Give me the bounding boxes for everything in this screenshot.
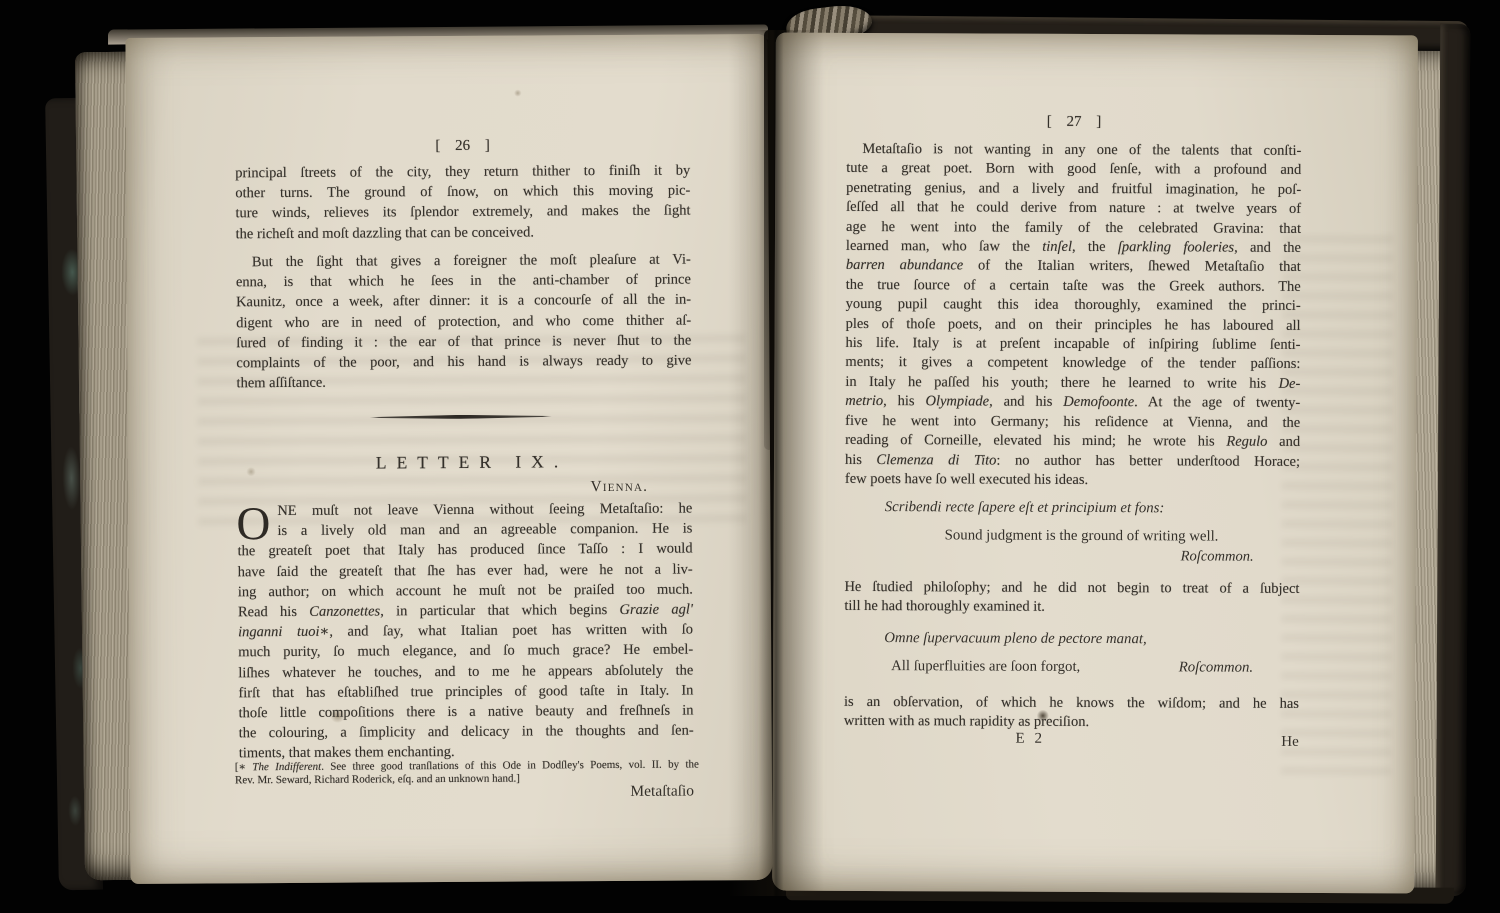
- text-line: He ſtudied philoſophy; and he did not be…: [844, 578, 1299, 599]
- text-line: ſured of finding it : the ear of that pr…: [236, 330, 691, 353]
- text-line: learned man, who ſaw the tinſel, the ſpa…: [846, 237, 1301, 258]
- text-line: his Clemenza di Tito: no author has bett…: [845, 450, 1300, 471]
- right-page: [ 27 ] Metaſtaſio is not wanting in any …: [772, 33, 1418, 894]
- catchword-right: He: [1281, 734, 1299, 751]
- quote-attribution: Roſcommon.: [1179, 659, 1253, 676]
- place-heading: Vienna.: [237, 478, 692, 499]
- quote-translation: All ſuperfluities are ſoon forgot,: [891, 658, 1080, 676]
- text-line: Metaſtaſio is not wanting in any one of …: [846, 140, 1301, 161]
- page-number-right: [ 27 ]: [846, 113, 1301, 132]
- text-line: complaints of the poor, and his hand is …: [236, 351, 691, 374]
- paragraph: Metaſtaſio is not wanting in any one of …: [845, 140, 1302, 491]
- latin-quote: Scribendi recte ſapere eſt et principium…: [885, 499, 1165, 517]
- text-line: the greateſt poet that Italy has produce…: [238, 539, 693, 562]
- text-line: age he went into the family of the celeb…: [846, 218, 1301, 239]
- text-line: ments; it gives a competent knowledge of…: [845, 353, 1300, 374]
- text-line: penetrating genius, and a lively and fru…: [846, 179, 1301, 200]
- text-line: is an obſervation, of which he knows the…: [844, 693, 1299, 714]
- text-line: is a lively old man and an agreeable com…: [237, 519, 692, 542]
- text-line: principal ſtreets of the city, they retu…: [235, 161, 690, 184]
- right-cover-edge: [1436, 24, 1471, 896]
- quote-translation-row: All ſuperfluities are ſoon forgot, Roſco…: [844, 658, 1299, 677]
- text-line: the colouring, a ſimplicity and delicacy…: [239, 721, 694, 744]
- text-line: his life. Italy is at preſent incapable …: [845, 334, 1300, 355]
- text-line: NE muſt not leave Vienna without ſeeing …: [237, 499, 692, 522]
- letter-heading: LETTER IX.: [237, 450, 707, 474]
- text-line: tute a great poet. Born with good ſenſe,…: [846, 159, 1301, 180]
- signature-mark: E 2: [844, 730, 1214, 749]
- text-line: ing author; on which account he muſt not…: [238, 579, 693, 602]
- latin-quote: Omne ſupervacuum pleno de pectore manat,: [884, 630, 1147, 648]
- text-line: them aſſiſtance.: [236, 371, 691, 394]
- text-line: the richeſt and moſt dazzling that can b…: [236, 221, 691, 244]
- text-line: ture winds, relieves its ſplendor extrem…: [235, 201, 690, 224]
- text-line: barren abundance of the Italian writers,…: [846, 256, 1301, 277]
- photo-background: [ 26 ] principal ſtreets of the city, th…: [0, 0, 1500, 913]
- text-line: few poets have ſo well executed his idea…: [845, 470, 1300, 491]
- page-number-left: [ 26 ]: [235, 137, 690, 157]
- paragraph-continuation: principal ſtreets of the city, they retu…: [235, 161, 690, 245]
- text-line: reading of Corneille, elevated his mind;…: [845, 431, 1300, 452]
- paragraph: He ſtudied philoſophy; and he did not be…: [844, 578, 1299, 619]
- paragraph: But the ſight that gives a foreigner the…: [236, 250, 692, 394]
- catchword-left: Metaſtaſio: [239, 783, 694, 804]
- quote-attribution: Roſcommon.: [845, 547, 1300, 566]
- text-line: the true ſource of a certain taſte was t…: [846, 276, 1301, 297]
- text-line: other turns. The ground of ſnow, on whic…: [235, 181, 690, 204]
- text-line: Read his Canzonettes, in particular that…: [238, 600, 693, 623]
- quote-translation: Sound judgment is the ground of writing …: [945, 527, 1219, 545]
- text-line: ples of thoſe poets, and on their princi…: [846, 315, 1301, 336]
- text-line: liſhes whatever he touches, and to me he…: [238, 660, 693, 683]
- signature-row: E 2 He: [844, 730, 1299, 749]
- text-line: metrio, his Olympiade, and his Demofoont…: [845, 392, 1300, 413]
- left-page: [ 26 ] principal ſtreets of the city, th…: [125, 34, 772, 884]
- text-line: inganni tuoi∗, and ſay, what Italian poe…: [238, 620, 693, 643]
- text-line: firſt that has eſtabliſhed true principl…: [238, 680, 693, 703]
- text-line: Kaunitz, once a week, after dinner: it i…: [236, 290, 691, 313]
- text-line: much purity, ſo much elegance, and ſo mu…: [238, 640, 693, 663]
- letter-opening-paragraph: NE muſt not leave Vienna without ſeeing …: [237, 499, 694, 764]
- text-line: five he went into Germany; his reſidence…: [845, 412, 1300, 433]
- text-line: young pupil caught this idea thoroughly,…: [846, 295, 1301, 316]
- text-line: till he had thoroughly examined it.: [844, 597, 1299, 618]
- text-line: digent who are in need of protection, an…: [236, 310, 691, 333]
- text-line: enna, is that which he ſees in the anti-…: [236, 270, 691, 293]
- text-line: in Italy he paſſed his youth; there he l…: [845, 373, 1300, 394]
- text-line: thoſe little compoſitions there is a nat…: [238, 701, 693, 724]
- section-divider-rule: [370, 414, 552, 419]
- text-line: But the ſight that gives a foreigner the…: [236, 250, 691, 273]
- age-spot: [514, 90, 522, 97]
- paragraph: is an obſervation, of which he knows the…: [844, 693, 1299, 734]
- text-line: ſeſſed all that he could derive from nat…: [846, 198, 1301, 219]
- text-line: have ſaid the greateſt that ſhe has ever…: [238, 559, 693, 582]
